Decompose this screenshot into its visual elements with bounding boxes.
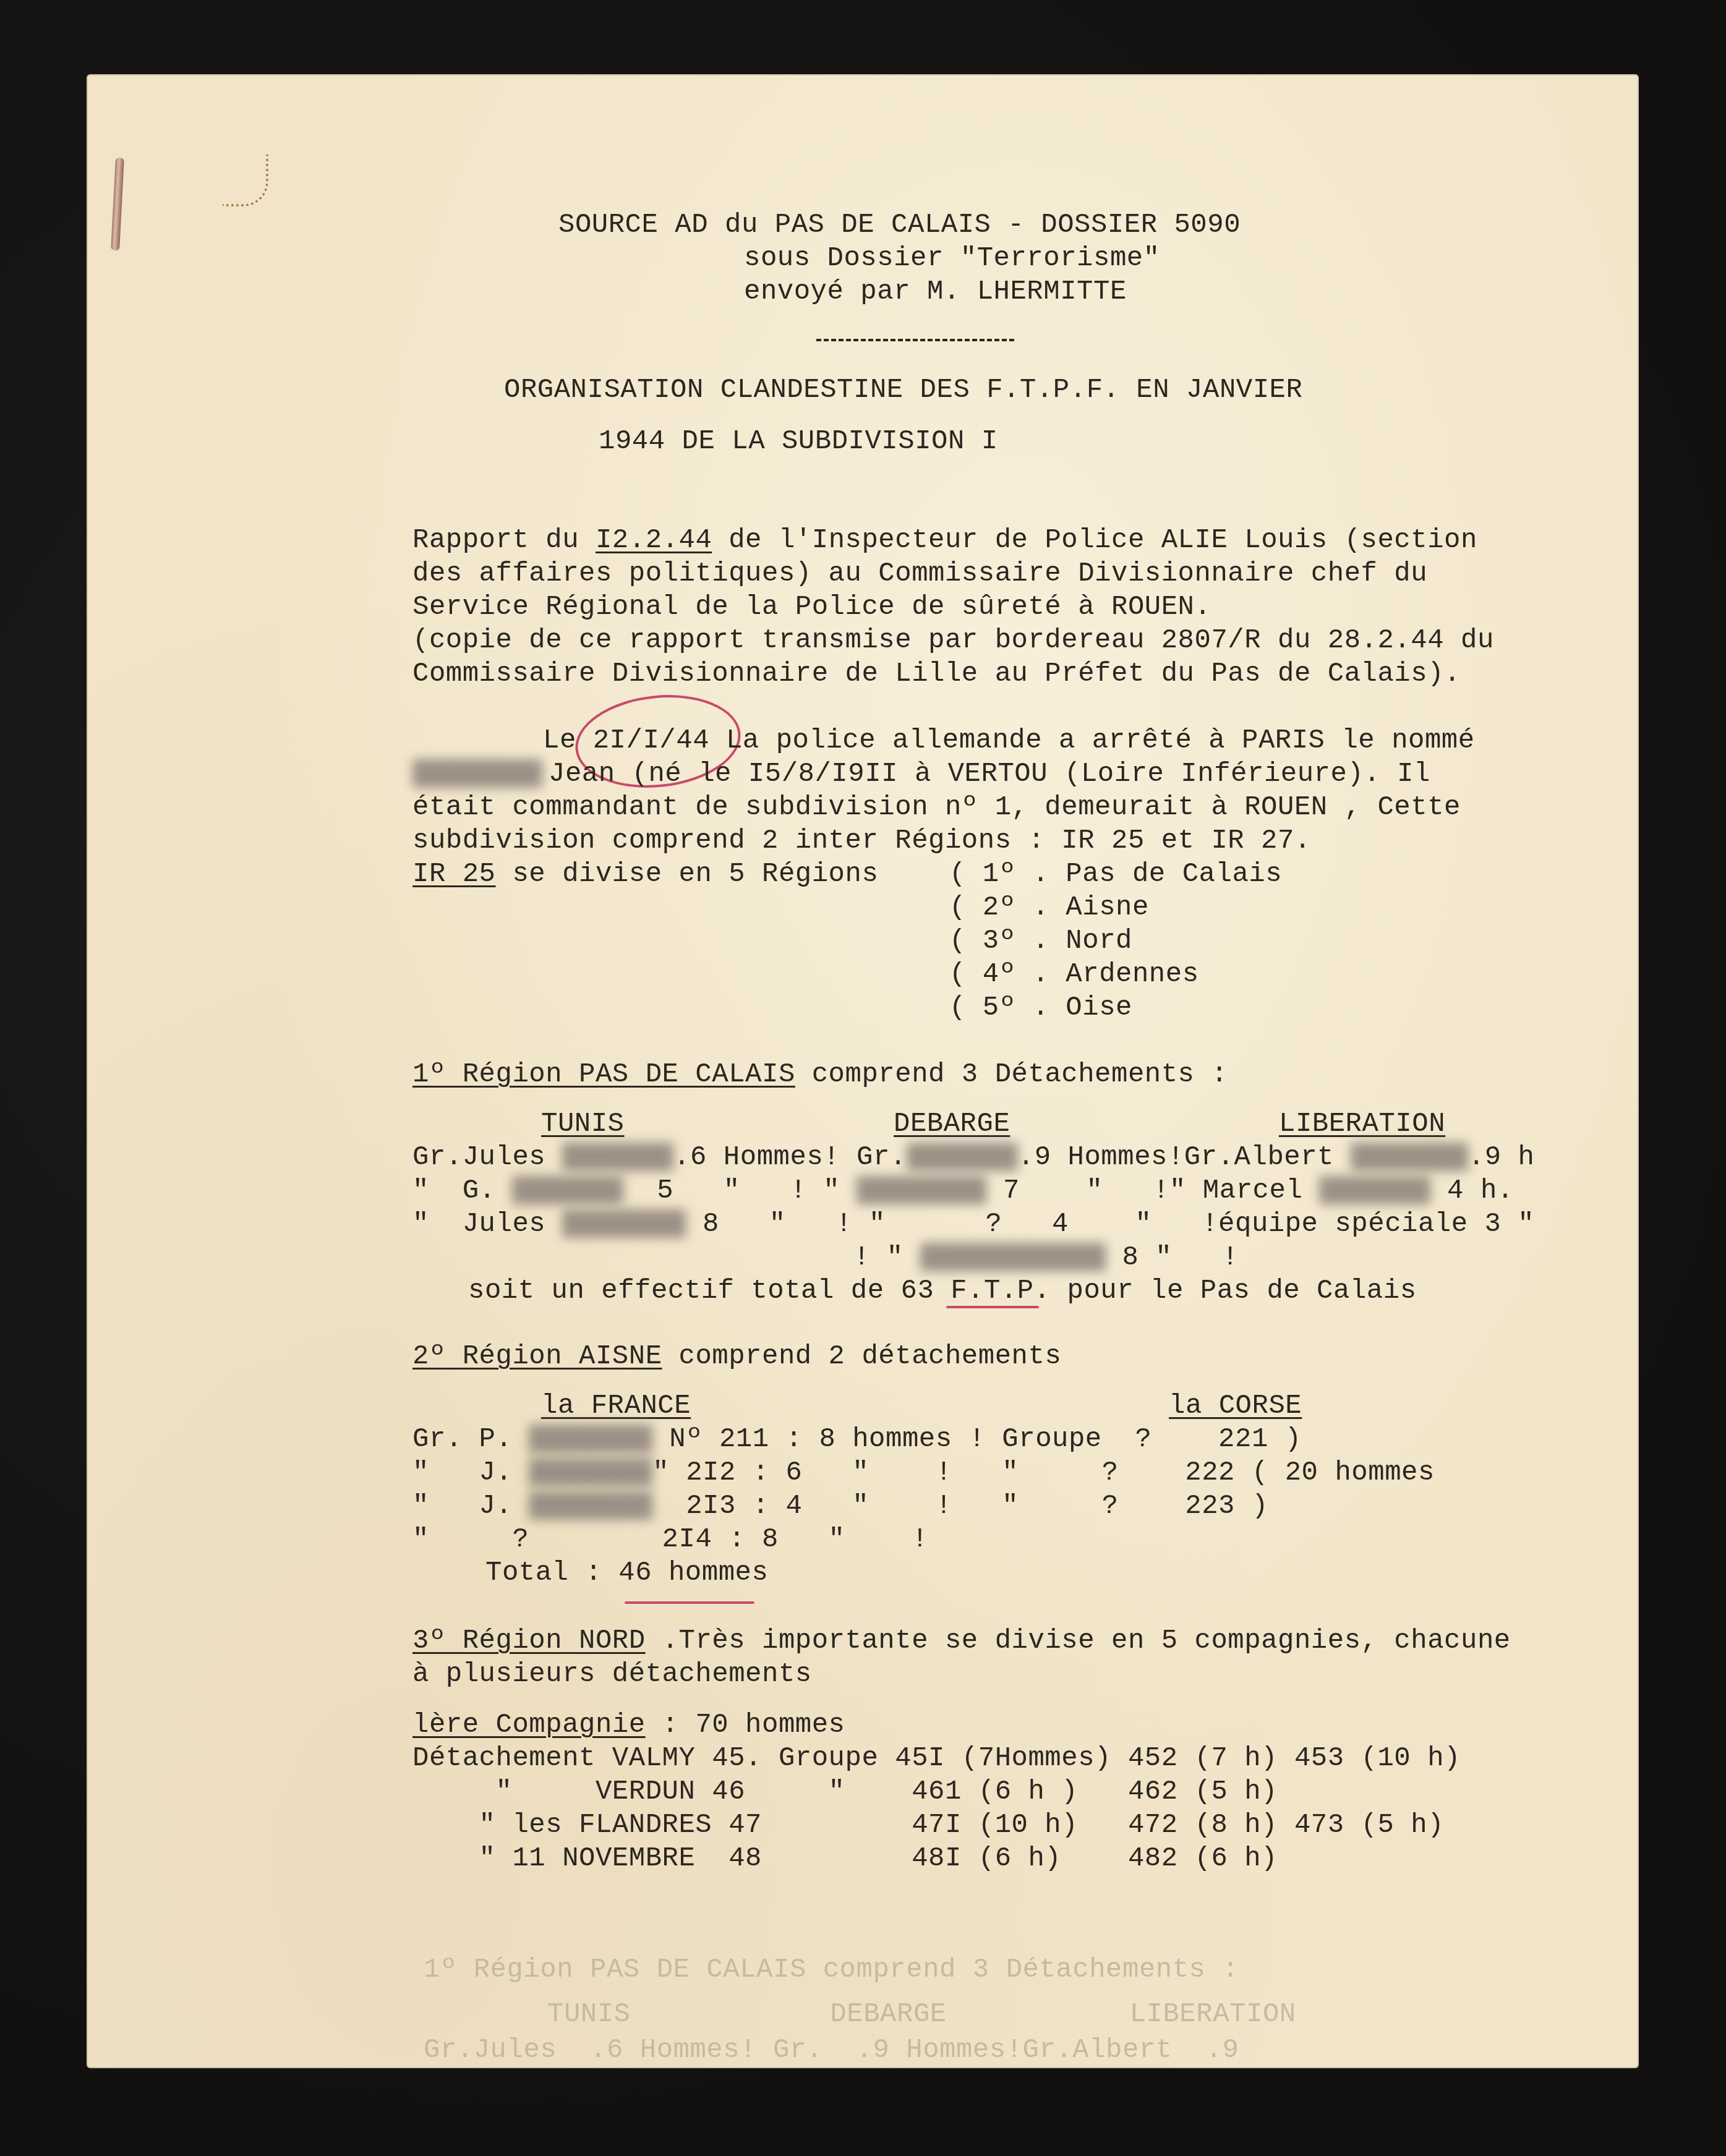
arrest-line-5: IR 25 se divise en 5 Régions <box>412 858 878 890</box>
region-item: ( 5º . Oise <box>949 992 1132 1024</box>
sent-by: envoyé par M. LHERMITTE <box>744 276 1127 308</box>
region2-row: Gr. P. Nº 211 : 8 hommes ! Groupe ? 221 … <box>412 1423 1302 1455</box>
region1-total: soit un effectif total de 63 F.T.P. pour… <box>468 1275 1417 1307</box>
region1-row: ! " 8 " ! <box>853 1242 1239 1274</box>
detachment-liberation: LIBERATION <box>1279 1108 1445 1140</box>
company-heading: lère Compagnie : 70 hommes <box>412 1709 845 1741</box>
bleed-through-line: 1º Région PAS DE CALAIS comprend 3 Détac… <box>424 1954 1239 1986</box>
separator-rule <box>816 339 1014 341</box>
region-item: ( 4º . Ardennes <box>949 958 1199 991</box>
rust-stain <box>223 155 268 207</box>
arrest-line-4: subdivision comprend 2 inter Régions : I… <box>412 825 1311 857</box>
red-pencil-underline <box>946 1306 1039 1308</box>
report-line-1: Rapport du I2.2.44 de l'Inspecteur de Po… <box>412 524 1477 556</box>
region2-row: " ? 2I4 : 8 " ! <box>412 1523 928 1556</box>
bleed-through-line: TUNIS DEBARGE LIBERATION <box>547 1998 1296 2030</box>
detachment-debarge: DEBARGE <box>894 1108 1010 1140</box>
detachment-row: Détachement VALMY 45. Groupe 45I (7Homme… <box>412 1742 1461 1775</box>
region2-total: Total : 46 hommes <box>485 1557 768 1589</box>
region1-row: " Jules 8 " ! " ? 4 " !équipe spéciale 3… <box>412 1208 1534 1240</box>
sub-dossier: sous Dossier "Terrorisme" <box>744 242 1160 275</box>
arrest-date: 2I/I/44 <box>593 725 709 756</box>
region2-heading: 2º Région AISNE comprend 2 détachements <box>412 1340 1061 1373</box>
detachment-la-corse: la CORSE <box>1169 1390 1302 1422</box>
report-line-5: Commissaire Divisionnaire de Lille au Pr… <box>412 658 1461 690</box>
region1-row: Gr.Jules .6 Hommes! Gr..9 Hommes!Gr.Albe… <box>412 1141 1535 1174</box>
region-item: ( 3º . Nord <box>949 925 1132 957</box>
region3-heading: 3º Région NORD .Très importante se divis… <box>412 1625 1511 1657</box>
document-title-line2: 1944 DE LA SUBDIVISION I <box>599 425 998 458</box>
region-item: ( 1º . Pas de Calais <box>949 858 1282 890</box>
source-line: SOURCE AD du PAS DE CALAIS - DOSSIER 509… <box>558 209 1241 241</box>
red-pencil-underline <box>625 1601 754 1604</box>
region-item: ( 2º . Aisne <box>949 892 1149 924</box>
arrest-line-1: Le 2I/I/44 La police allemande a arrêté … <box>543 725 1475 757</box>
region2-row: " J. 2I3 : 4 " ! " ? 223 ) <box>412 1490 1268 1522</box>
detachment-row: " les FLANDRES 47 47I (10 h) 472 (8 h) 4… <box>412 1809 1444 1841</box>
report-line-4: (copie de ce rapport transmise par borde… <box>412 624 1494 657</box>
arrest-line-2: Jean (né le I5/8/I9II à VERTOU (Loire In… <box>412 758 1430 790</box>
region1-heading: 1º Région PAS DE CALAIS comprend 3 Détac… <box>412 1059 1228 1091</box>
document-title-line1: ORGANISATION CLANDESTINE DES F.T.P.F. EN… <box>504 374 1302 406</box>
arrest-line-3: était commandant de subdivision nº 1, de… <box>412 791 1461 824</box>
detachment-la-france: la FRANCE <box>541 1390 691 1422</box>
report-line-2: des affaires politiques) au Commissaire … <box>412 558 1427 590</box>
region2-row: " J. " 2I2 : 6 " ! " ? 222 ( 20 hommes <box>412 1457 1435 1489</box>
region1-row: " G. 5 " ! " 7 " !" Marcel 4 h. <box>412 1175 1514 1207</box>
detachment-row: " 11 NOVEMBRE 48 48I (6 h) 482 (6 h) <box>412 1843 1278 1875</box>
bleed-through-line: Gr.Jules .6 Hommes! Gr. .9 Hommes!Gr.Alb… <box>424 2034 1239 2066</box>
redacted-name <box>412 759 542 788</box>
detachment-tunis: TUNIS <box>541 1108 625 1140</box>
detachment-row: " VERDUN 46 " 461 (6 h ) 462 (5 h) <box>412 1776 1278 1808</box>
report-line-3: Service Régional de la Police de sûreté … <box>412 591 1211 623</box>
region3-line2: à plusieurs détachements <box>412 1658 812 1690</box>
report-date: I2.2.44 <box>596 525 712 556</box>
